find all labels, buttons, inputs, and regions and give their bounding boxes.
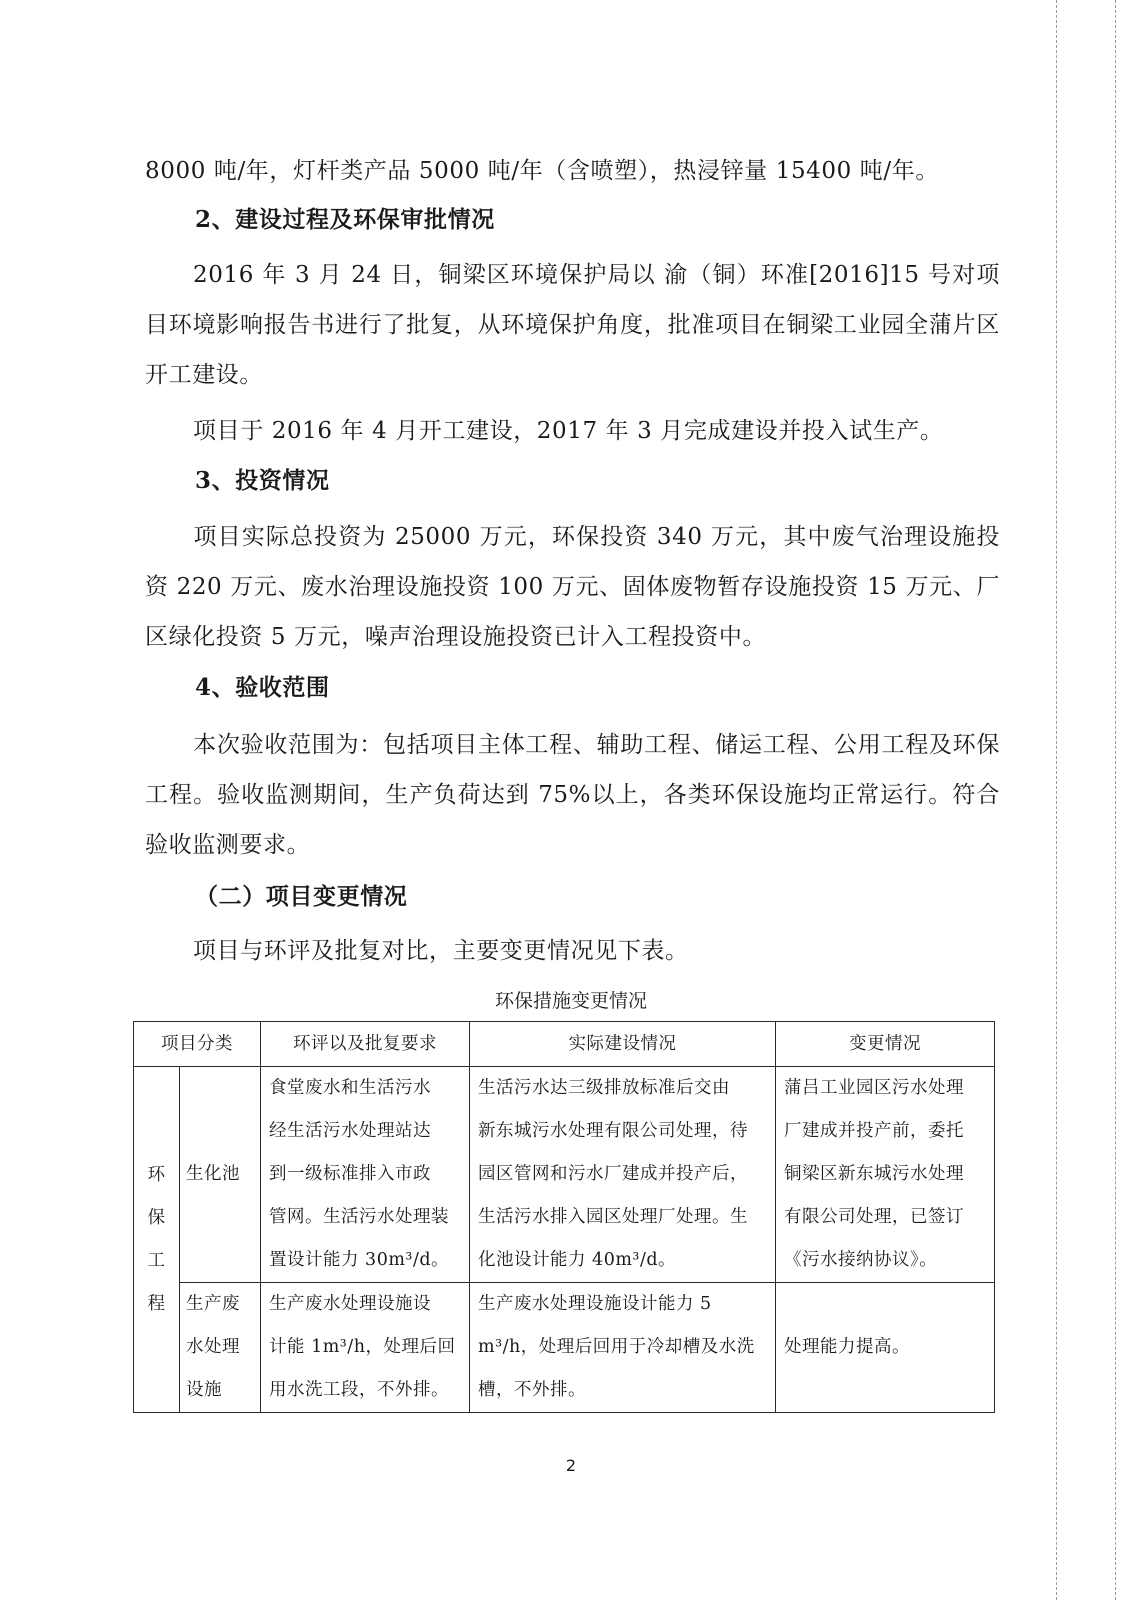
change-table: 项目分类 环评以及批复要求 实际建设情况 变更情况 环 保 工 程 生化池 食堂… — [133, 1021, 995, 1413]
cell-line: 新东城污水处理有限公司处理，待 — [478, 1110, 767, 1153]
header-change: 变更情况 — [776, 1022, 995, 1067]
change-cell: 处理能力提高。 — [776, 1283, 995, 1413]
cell-line: 生产废水处理设施设计能力 5 — [478, 1283, 767, 1326]
change-cell: 蒲吕工业园区污水处理 厂建成并投产前，委托 铜梁区新东城污水处理 有限公司处理，… — [776, 1067, 995, 1283]
paragraph-capacity: 8000 吨/年，灯杆类产品 5000 吨/年（含喷塑），热浸锌量 15400 … — [145, 146, 1000, 196]
cell-line: 管网。生活污水处理装 — [269, 1196, 461, 1239]
cell-line: 生活污水排入园区处理厂处理。生 — [478, 1196, 767, 1239]
section-heading-2: 2、建设过程及环保审批情况 — [195, 195, 495, 245]
category-char: 环 — [134, 1154, 179, 1197]
paragraph-text: 2016 年 3 月 24 日，铜梁区环境保护局以 渝（铜）环准[2016]15… — [145, 262, 1000, 388]
actual-cell: 生产废水处理设施设计能力 5 m³/h，处理后回用于冷却槽及水洗 槽，不外排。 — [470, 1283, 776, 1413]
paragraph-text: 8000 吨/年，灯杆类产品 5000 吨/年（含喷塑），热浸锌量 15400 … — [145, 158, 939, 184]
paragraph-text: 项目实际总投资为 25000 万元，环保投资 340 万元，其中废气治理设施投资… — [145, 524, 1000, 650]
cell-line: 置设计能力 30m³/d。 — [269, 1239, 461, 1282]
scan-artifact-line — [1115, 0, 1116, 1600]
paragraph-investment: 项目实际总投资为 25000 万元，环保投资 340 万元，其中废气治理设施投资… — [145, 512, 1000, 662]
paragraph-text: 项目与环评及批复对比，主要变更情况见下表。 — [193, 938, 689, 964]
cell-line: 用水洗工段，不外排。 — [269, 1369, 461, 1412]
subsection-heading: （二）项目变更情况 — [195, 872, 407, 922]
cell-line: 《污水接纳协议》。 — [784, 1239, 986, 1282]
cell-line: 到一级标准排入市政 — [269, 1153, 461, 1196]
paragraph-schedule: 项目于 2016 年 4 月开工建设，2017 年 3 月完成建设并投入试生产。 — [145, 406, 1000, 456]
requirement-cell: 生产废水处理设施设 计能 1m³/h，处理后回 用水洗工段，不外排。 — [261, 1283, 470, 1413]
category-char: 程 — [134, 1283, 179, 1326]
table-header-row: 项目分类 环评以及批复要求 实际建设情况 变更情况 — [134, 1022, 995, 1067]
cell-line: 食堂废水和生活污水 — [269, 1067, 461, 1110]
paragraph-text: 本次验收范围为：包括项目主体工程、辅助工程、储运工程、公用工程及环保工程。验收监… — [145, 732, 1000, 858]
header-requirement: 环评以及批复要求 — [261, 1022, 470, 1067]
cell-line: 槽，不外排。 — [478, 1369, 767, 1412]
cell-line: 化池设计能力 40m³/d。 — [478, 1239, 767, 1282]
table-caption: 环保措施变更情况 — [0, 986, 1142, 1016]
header-category: 项目分类 — [134, 1022, 261, 1067]
requirement-cell: 食堂废水和生活污水 经生活污水处理站达 到一级标准排入市政 管网。生活污水处理装… — [261, 1067, 470, 1283]
section-heading-3: 3、投资情况 — [195, 456, 330, 506]
cell-line: 设施 — [186, 1369, 254, 1412]
table-row: 环 保 工 程 生化池 食堂废水和生活污水 经生活污水处理站达 到一级标准排入市… — [134, 1067, 995, 1283]
cell-line: 计能 1m³/h，处理后回 — [269, 1326, 461, 1369]
category-char: 工 — [134, 1240, 179, 1283]
cell-line: 厂建成并投产前，委托 — [784, 1110, 986, 1153]
page-number: 2 — [0, 1456, 1142, 1475]
actual-cell: 生活污水达三级排放标准后交由 新东城污水处理有限公司处理，待 园区管网和污水厂建… — [470, 1067, 776, 1283]
cell-line: 经生活污水处理站达 — [269, 1110, 461, 1153]
cell-line: 生产废 — [186, 1283, 254, 1326]
cell-line: 生活污水达三级排放标准后交由 — [478, 1067, 767, 1110]
paragraph-approval: 2016 年 3 月 24 日，铜梁区环境保护局以 渝（铜）环准[2016]15… — [145, 250, 1000, 400]
section-heading-4: 4、验收范围 — [195, 663, 330, 713]
cell-line: 蒲吕工业园区污水处理 — [784, 1067, 986, 1110]
cell-line: 有限公司处理，已签订 — [784, 1196, 986, 1239]
cell-line: 园区管网和污水厂建成并投产后， — [478, 1153, 767, 1196]
scan-artifact-line — [1056, 0, 1057, 1600]
paragraph-compare: 项目与环评及批复对比，主要变更情况见下表。 — [145, 926, 1000, 976]
paragraph-text: 项目于 2016 年 4 月开工建设，2017 年 3 月完成建设并投入试生产。 — [193, 418, 944, 444]
category-cell: 环 保 工 程 — [134, 1067, 180, 1413]
cell-line: m³/h，处理后回用于冷却槽及水洗 — [478, 1326, 767, 1369]
table-row: 生产废 水处理 设施 生产废水处理设施设 计能 1m³/h，处理后回 用水洗工段… — [134, 1283, 995, 1413]
header-actual: 实际建设情况 — [470, 1022, 776, 1067]
sub-category-cell: 生化池 — [180, 1067, 261, 1283]
category-char: 保 — [134, 1197, 179, 1240]
sub-category-cell: 生产废 水处理 设施 — [180, 1283, 261, 1413]
cell-line: 水处理 — [186, 1326, 254, 1369]
paragraph-scope: 本次验收范围为：包括项目主体工程、辅助工程、储运工程、公用工程及环保工程。验收监… — [145, 720, 1000, 870]
cell-line: 铜梁区新东城污水处理 — [784, 1153, 986, 1196]
cell-line: 生产废水处理设施设 — [269, 1283, 461, 1326]
